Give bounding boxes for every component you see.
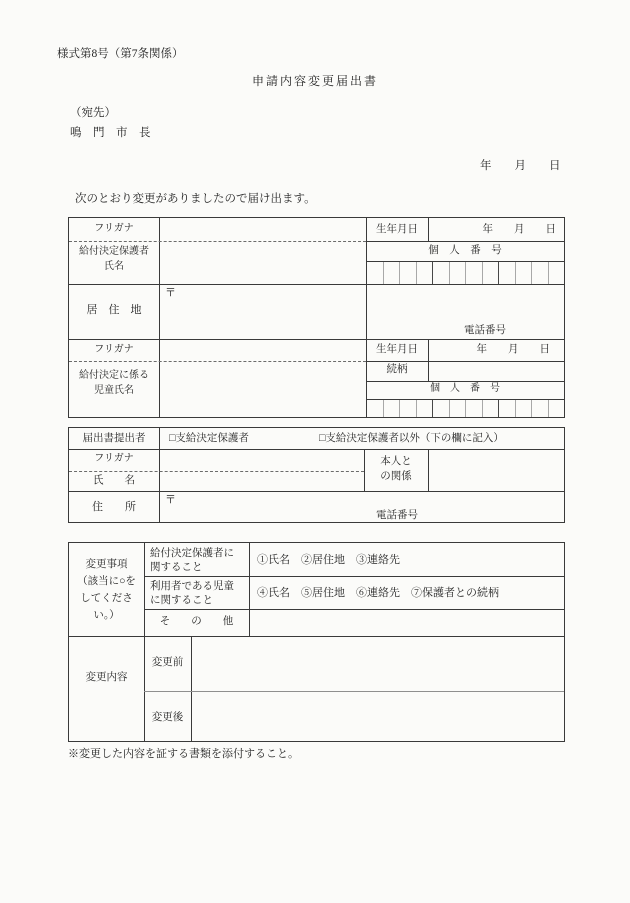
submitter-table: 届出書提出者 □支給決定保護者 □支給決定保護者以外（下の欄に記入） フリガナ … [68, 427, 565, 523]
submitter-option-other: □支給決定保護者以外（下の欄に記入） [319, 432, 504, 445]
changes-table: 変更事項 （該当に○を してくださ い。） 給付決定保護者に 関すること ①氏名… [68, 542, 565, 742]
change-content-label: 変更内容 [69, 671, 144, 684]
child-furigana-label: フリガナ [69, 344, 159, 357]
other-change-field[interactable] [250, 610, 563, 635]
relation-label: 続柄 [366, 363, 428, 376]
after-label: 変更後 [144, 711, 191, 724]
mynumber-digit-cell[interactable] [465, 400, 482, 417]
child-name-field[interactable] [160, 362, 365, 416]
child-mynumber-label: 個 人 番 号 [366, 383, 564, 396]
mynumber-digit-cell[interactable] [383, 400, 400, 417]
mynumber-digit-cell[interactable] [416, 400, 433, 417]
change-row-label: 給付決定保護者に [150, 547, 234, 560]
option-label: 支給決定保護者 [175, 433, 249, 444]
child-name-label: 児童氏名 [69, 385, 159, 398]
mynumber-digit-cell[interactable] [548, 400, 565, 417]
residence-field[interactable] [160, 285, 563, 338]
guardian-furigana-label: フリガナ [69, 223, 159, 236]
submitter-relation-label: の関係 [364, 470, 428, 483]
intro-sentence: 次のとおり変更がありましたので届け出ます。 [75, 192, 316, 206]
submitter-option-guardian: □支給決定保護者 [169, 432, 249, 445]
child-mynumber-cells [367, 400, 564, 417]
mynumber-digit-cell[interactable] [416, 262, 433, 284]
submitter-address-field[interactable] [160, 492, 563, 521]
change-row-label: に関すること [150, 594, 213, 607]
grid-line [366, 381, 564, 382]
address-label: 住 所 [69, 501, 159, 515]
guardian-mynumber-cells [367, 262, 564, 284]
submitter-name-label: 氏 名 [69, 474, 159, 487]
grid-line [366, 241, 564, 242]
addressee-label: （宛先） [70, 106, 116, 120]
mynumber-digit-cell[interactable] [465, 262, 482, 284]
change-row-options: ①氏名 ②居住地 ③連絡先 [257, 554, 400, 568]
mynumber-digit-cell[interactable] [482, 262, 499, 284]
mynumber-digit-cell[interactable] [383, 262, 400, 284]
mynumber-digit-cell[interactable] [449, 262, 466, 284]
mynumber-digit-cell[interactable] [367, 262, 383, 284]
change-items-label: 変更事項 [69, 558, 144, 571]
submitter-relation-field[interactable] [429, 450, 563, 490]
page-title: 申請内容変更届出書 [0, 74, 630, 89]
submitter-relation-label: 本人と [364, 455, 428, 468]
guardian-child-table: フリガナ 給付決定保護者 氏名 生年月日 年 月 日 個 人 番 号 居 住 地… [68, 217, 565, 418]
form-number: 様式第8号（第7条関係） [57, 47, 184, 61]
mynumber-digit-cell[interactable] [515, 262, 532, 284]
option-label: 支給決定保護者以外（下の欄に記入） [325, 433, 504, 444]
grid-line [144, 576, 564, 577]
change-row-label: 関すること [150, 561, 203, 574]
guardian-name-field[interactable] [160, 242, 365, 283]
mynumber-digit-cell[interactable] [531, 262, 548, 284]
change-row-label-other: そ の 他 [144, 615, 249, 628]
mynumber-digit-cell[interactable] [367, 400, 383, 417]
change-before-field[interactable] [192, 637, 563, 690]
submitter-name-field[interactable] [160, 472, 363, 490]
date-blank[interactable]: 年 月 日 [480, 159, 561, 173]
change-items-label: い。） [69, 609, 144, 622]
guardian-birthdate-blank[interactable]: 年 月 日 [428, 223, 556, 236]
child-birthdate-label: 生年月日 [366, 343, 428, 356]
guardian-birthdate-label: 生年月日 [366, 223, 428, 236]
footnote: ※変更した内容を証する書類を添付すること。 [68, 748, 299, 762]
mynumber-digit-cell[interactable] [432, 400, 449, 417]
change-row-options: ④氏名 ⑤居住地 ⑥連絡先 ⑦保護者との続柄 [257, 587, 499, 601]
change-items-label: （該当に○を [69, 575, 144, 588]
submitter-furigana-label: フリガナ [69, 453, 159, 466]
child-birthdate-blank[interactable]: 年 月 日 [428, 343, 550, 356]
residence-label: 居 住 地 [69, 304, 159, 318]
submitter-row-label: 届出書提出者 [69, 432, 159, 445]
mynumber-digit-cell[interactable] [548, 262, 565, 284]
mynumber-digit-cell[interactable] [399, 262, 416, 284]
mynumber-digit-cell[interactable] [498, 262, 515, 284]
before-label: 変更前 [144, 656, 191, 669]
relation-field[interactable] [429, 362, 563, 380]
guardian-name-label: 氏名 [69, 261, 159, 274]
form-document: 様式第8号（第7条関係） 申請内容変更届出書 （宛先） 鳴 門 市 長 年 月 … [0, 0, 630, 903]
guardian-mynumber-label: 個 人 番 号 [366, 244, 564, 257]
mynumber-digit-cell[interactable] [449, 400, 466, 417]
mynumber-digit-cell[interactable] [515, 400, 532, 417]
submitter-furigana-field[interactable] [160, 450, 363, 470]
mynumber-digit-cell[interactable] [482, 400, 499, 417]
mynumber-digit-cell[interactable] [399, 400, 416, 417]
change-after-field[interactable] [192, 692, 563, 740]
mynumber-digit-cell[interactable] [531, 400, 548, 417]
guardian-name-label: 給付決定保護者 [69, 246, 159, 259]
addressee-name: 鳴 門 市 長 [70, 126, 151, 140]
guardian-furigana-field[interactable] [160, 219, 365, 240]
child-furigana-field[interactable] [160, 340, 365, 360]
change-row-label: 利用者である児童 [150, 580, 234, 593]
child-name-label: 給付決定に係る [69, 370, 159, 383]
change-items-label: してくださ [69, 592, 144, 605]
mynumber-digit-cell[interactable] [432, 262, 449, 284]
mynumber-digit-cell[interactable] [498, 400, 515, 417]
